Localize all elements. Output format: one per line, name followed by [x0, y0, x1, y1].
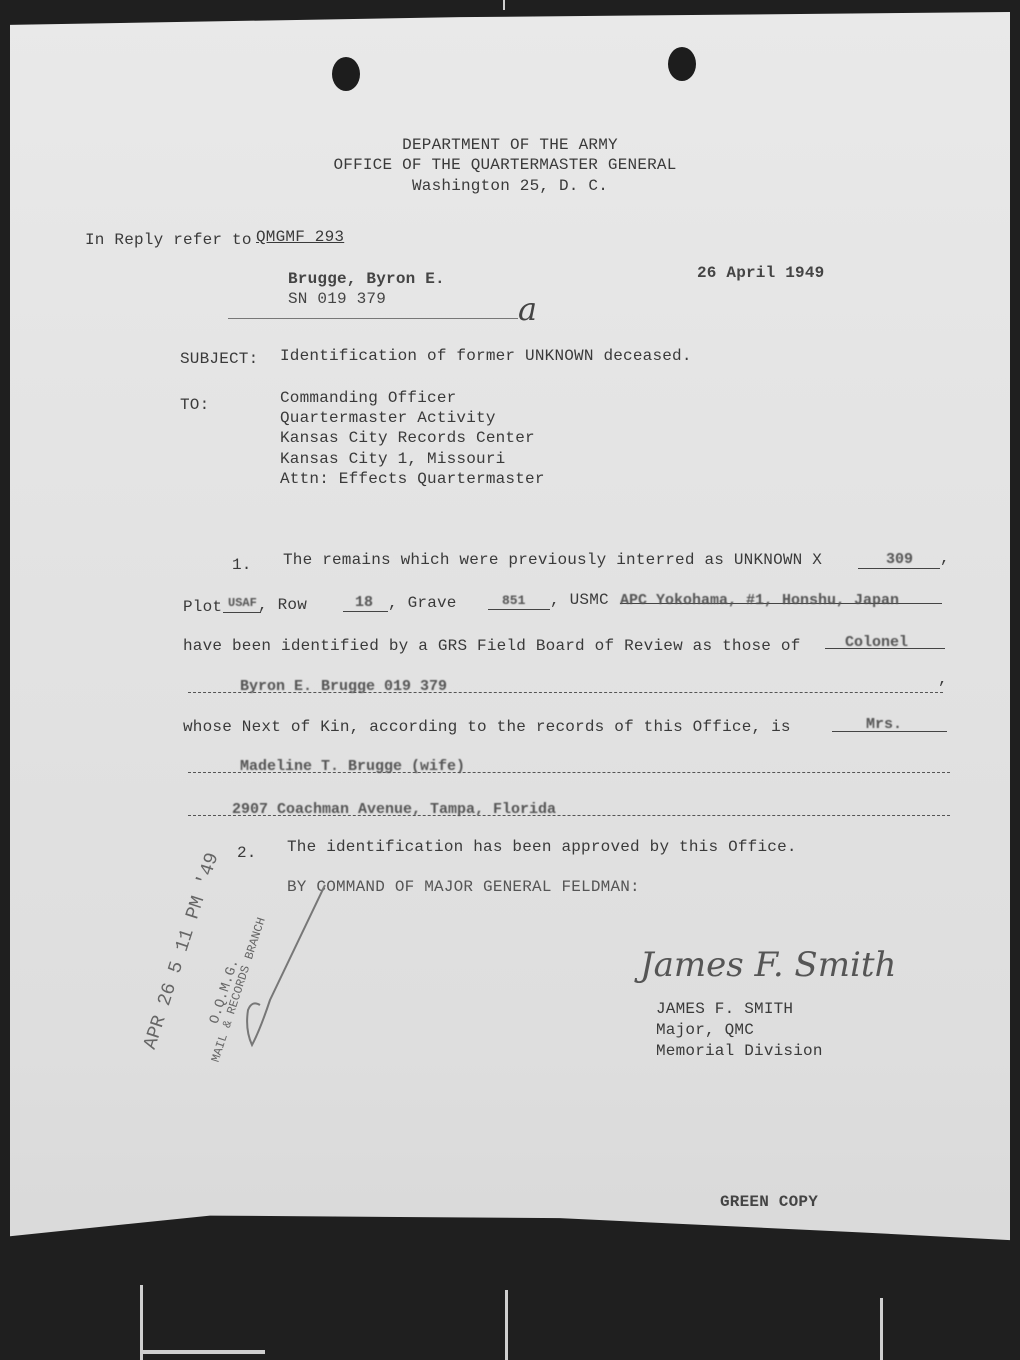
letterhead-address: Washington 25, D. C.: [300, 177, 720, 195]
paragraph-2-number: 2.: [237, 844, 257, 862]
plot-value: USAF: [228, 596, 257, 610]
pencil-mark: [230, 880, 340, 1060]
unknown-number-value: 309: [886, 551, 913, 568]
row-value: 18: [355, 594, 373, 611]
subject-label: SUBJECT:: [180, 350, 258, 368]
letter-date: 26 April 1949: [697, 264, 824, 282]
letter-page: [10, 12, 1010, 1302]
row-label: , Row: [258, 596, 307, 614]
letterhead-department: DEPARTMENT OF THE ARMY: [300, 136, 720, 154]
grave-label: , Grave: [388, 594, 457, 612]
paragraph-1-text-c: whose Next of Kin, according to the reco…: [183, 718, 791, 736]
file-name: Brugge, Byron E.: [288, 270, 445, 288]
cemetery-value: APC Yokohama, #1, Honshu, Japan: [620, 592, 899, 609]
deceased-value: Byron E. Brugge 019 379: [240, 678, 447, 695]
punch-hole: [668, 47, 696, 81]
nok-title-value: Mrs.: [866, 716, 902, 733]
copy-label: GREEN COPY: [720, 1193, 818, 1211]
background-line: [880, 1298, 883, 1360]
paragraph-1-text-b: have been identified by a GRS Field Boar…: [183, 637, 801, 655]
grave-line: [488, 609, 550, 610]
paragraph-2-text: The identification has been approved by …: [287, 838, 797, 856]
reply-label: In Reply refer to: [85, 231, 252, 249]
plot-label: Plot: [183, 598, 222, 616]
cemetery-prefix: , USMC: [550, 591, 609, 609]
file-underline: [228, 318, 518, 319]
plot-line: [223, 612, 261, 613]
rank-value: Colonel: [845, 634, 908, 651]
row-line: [343, 611, 388, 612]
paragraph-1-text: The remains which were previously interr…: [283, 551, 822, 569]
letterhead-office: OFFICE OF THE QUARTERMASTER GENERAL: [290, 156, 720, 174]
punctuation: ,: [940, 549, 950, 567]
nok-name-value: Madeline T. Brugge (wife): [240, 758, 465, 775]
to-line: Quartermaster Activity: [280, 409, 496, 427]
to-line: Kansas City 1, Missouri: [280, 450, 505, 468]
file-serial: SN 019 379: [288, 290, 386, 308]
paragraph-1-number: 1.: [232, 556, 252, 574]
handwritten-signature: James F. Smith: [640, 945, 896, 985]
signer-name: JAMES F. SMITH: [656, 1000, 793, 1018]
to-line: Attn: Effects Quartermaster: [280, 470, 545, 488]
background-line: [505, 1290, 508, 1360]
grave-value: 851: [502, 593, 525, 608]
unknown-number-line: [858, 568, 940, 569]
punctuation: ,: [938, 670, 948, 688]
background-line: [503, 0, 505, 10]
subject-text: Identification of former UNKNOWN decease…: [280, 347, 692, 365]
nok-address-value: 2907 Coachman Avenue, Tampa, Florida: [232, 801, 556, 818]
to-line: Kansas City Records Center: [280, 429, 535, 447]
punch-hole: [332, 57, 360, 91]
reply-reference: QMGMF 293: [256, 228, 344, 246]
to-line: Commanding Officer: [280, 389, 456, 407]
signer-rank: Major, QMC: [656, 1021, 754, 1039]
to-label: TO:: [180, 396, 209, 414]
background-line: [140, 1350, 265, 1354]
file-initials: a: [518, 290, 537, 328]
background-line: [140, 1285, 143, 1360]
signer-division: Memorial Division: [656, 1042, 823, 1060]
